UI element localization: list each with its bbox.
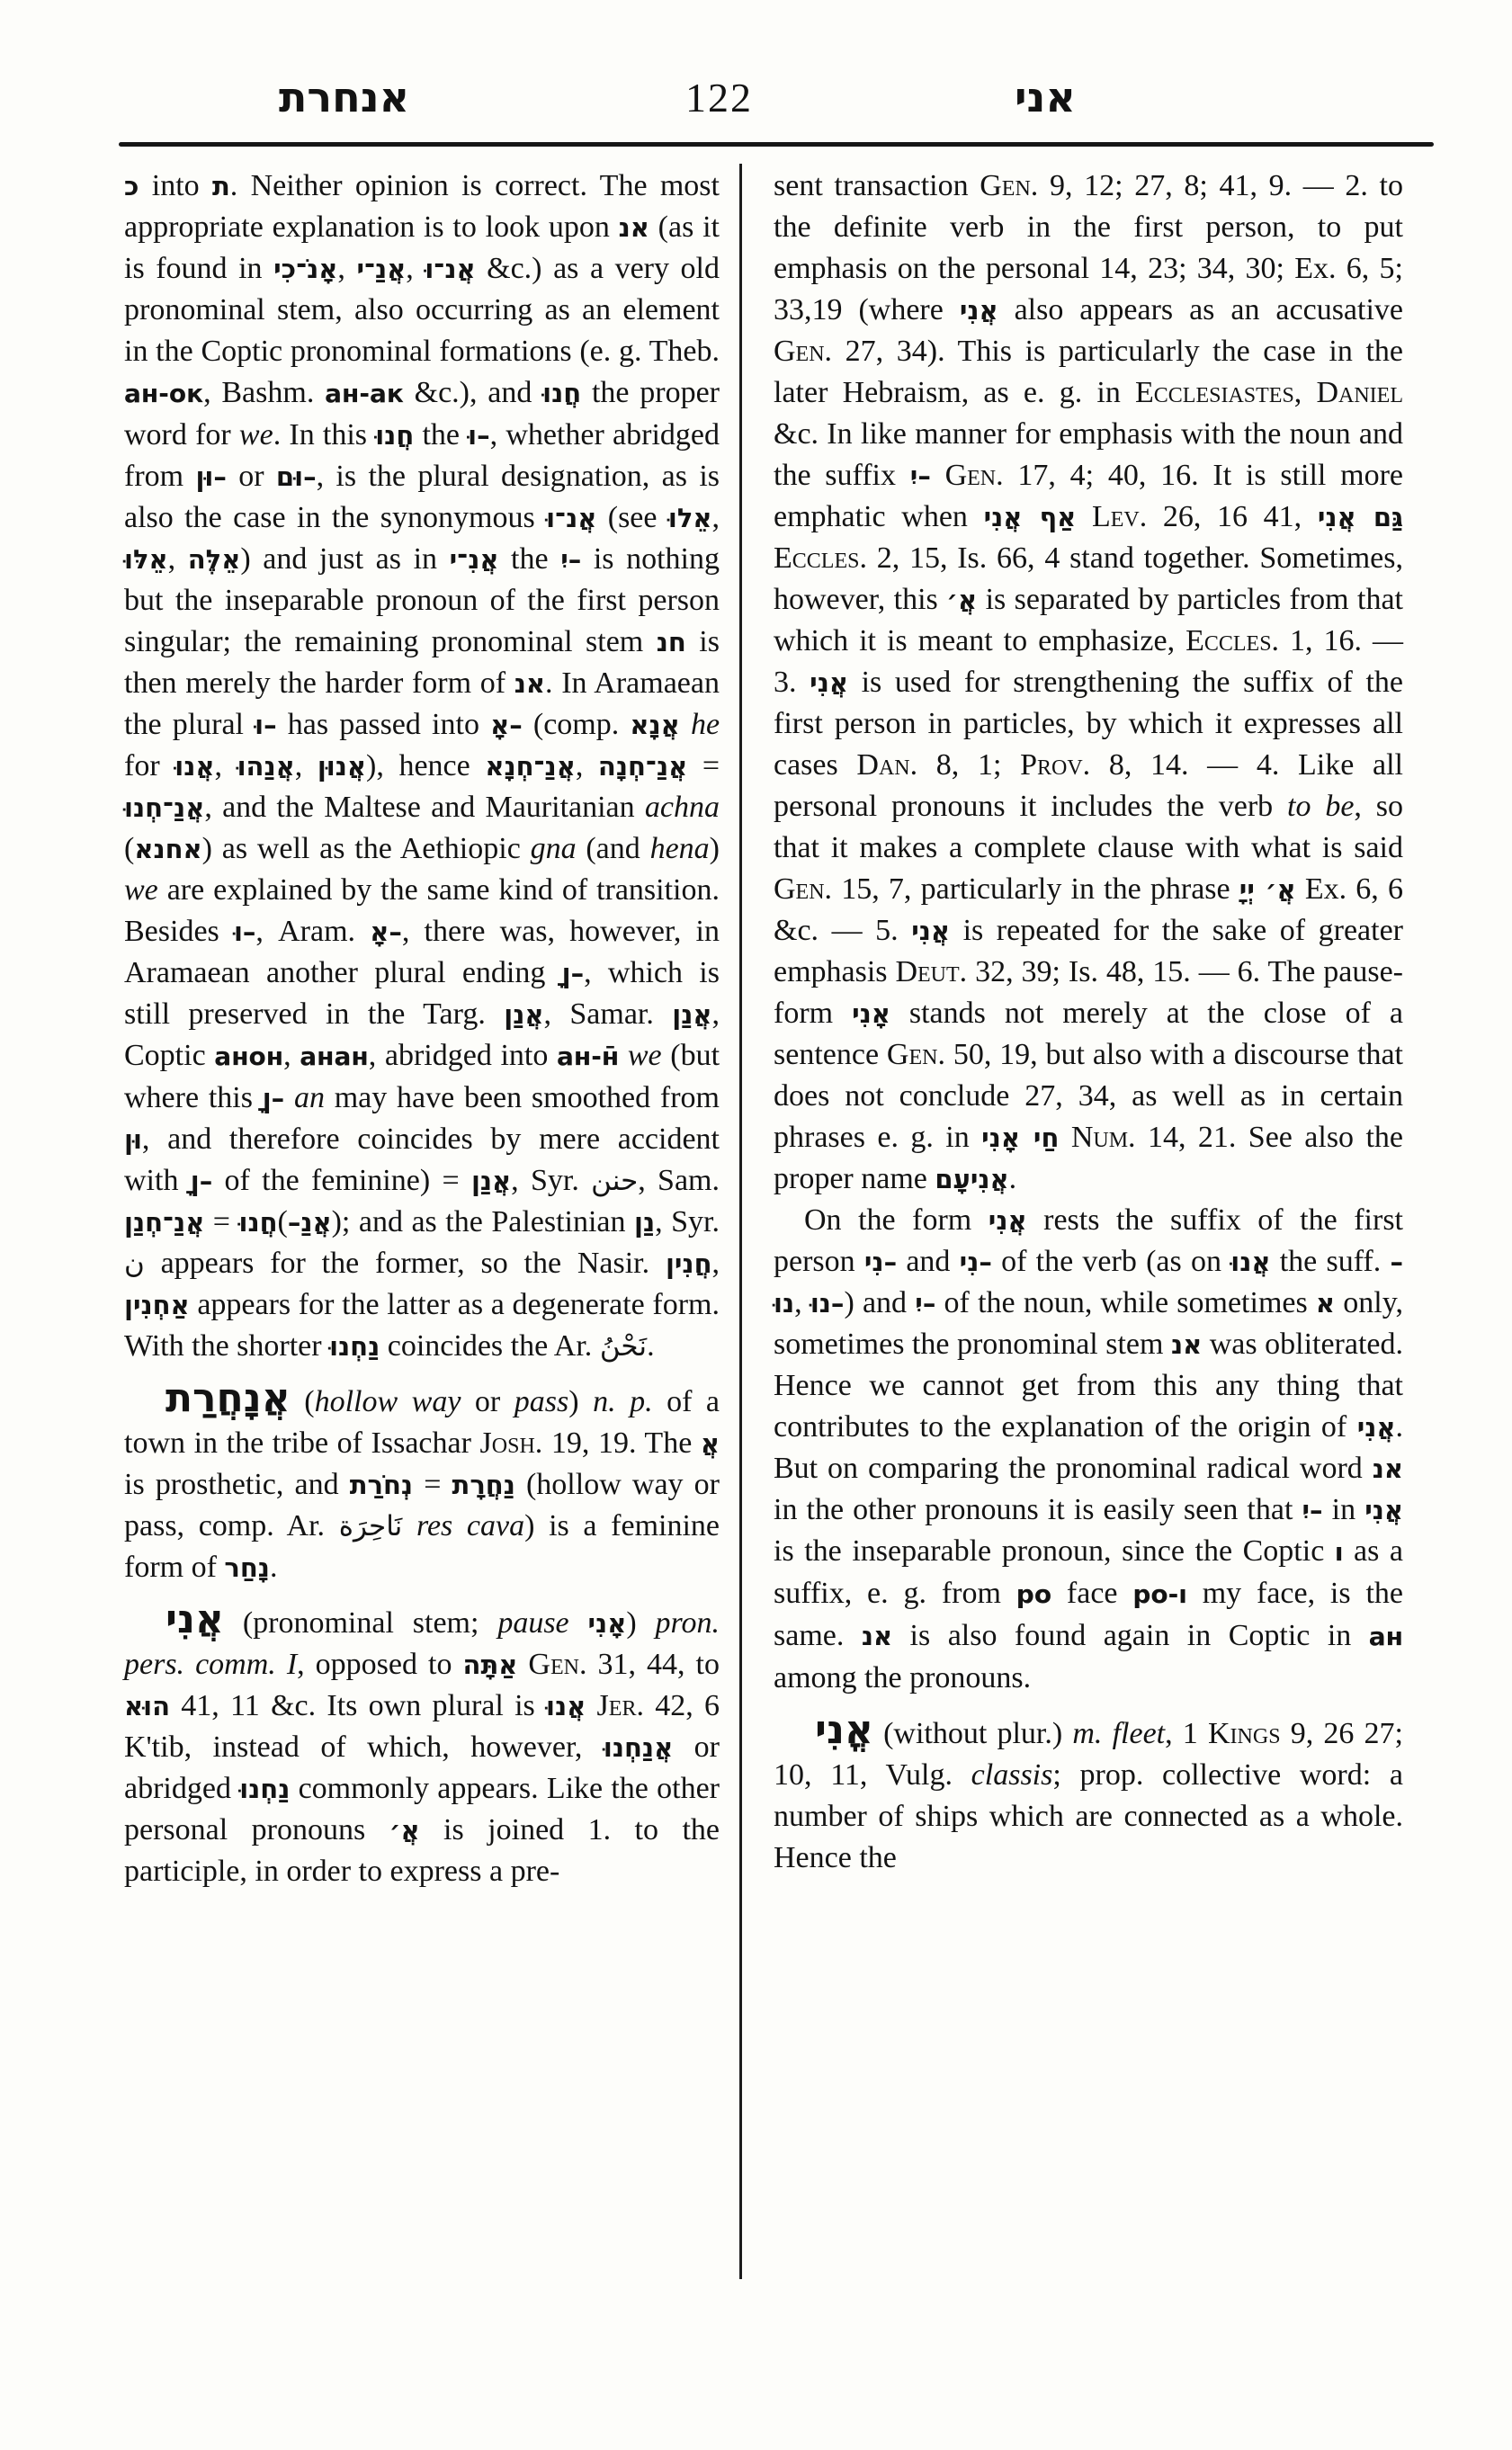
- running-head: אנחרת 122 אני: [0, 70, 1512, 133]
- column-right: sent transaction Gen. 9, 12; 27, 8; 41, …: [774, 165, 1403, 1879]
- paragraph-on-the-form: On the form אֲנִי rests the suffix of th…: [774, 1200, 1403, 1699]
- continuation-paragraph-anachrath-etymology: כ into ת. Neither opinion is correct. Th…: [124, 165, 720, 1367]
- entry-ani-pronoun: אֲנִי (pronominal stem; pause אָנִי) pro…: [124, 1599, 720, 1892]
- column-divider-rule: [739, 164, 742, 2279]
- lexicon-page: אנחרת 122 אני כ into ת. Neither opinion …: [0, 0, 1512, 2450]
- page-number: 122: [685, 74, 753, 121]
- continuation-paragraph-ani-usage: sent transaction Gen. 9, 12; 27, 8; 41, …: [774, 165, 1403, 1200]
- header-rule: [119, 142, 1434, 147]
- column-left: כ into ת. Neither opinion is correct. Th…: [124, 165, 720, 1892]
- running-head-left-word: אנחרת: [279, 70, 409, 124]
- running-head-right-word: אני: [1015, 70, 1076, 124]
- entry-anacharath: אֲנָחֲרַת (hollow way or pass) n. p. of …: [124, 1378, 720, 1588]
- entry-oni-fleet: אֳנִי (without plur.) m. fleet, 1 Kings …: [774, 1710, 1403, 1879]
